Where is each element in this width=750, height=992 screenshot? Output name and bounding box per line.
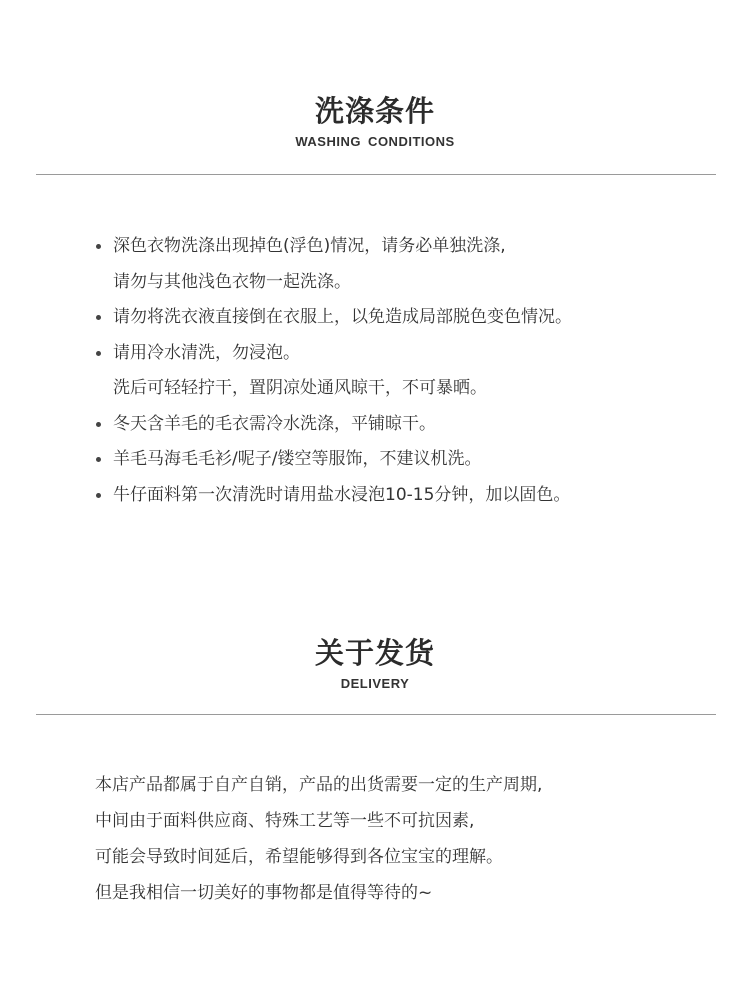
washing-item: 冬天含羊毛的毛衣需冷水洗涤，平铺晾干。 <box>94 407 572 443</box>
washing-item: 请勿将洗衣液直接倒在衣服上，以免造成局部脱色变色情况。 <box>94 300 572 336</box>
washing-divider <box>36 174 716 175</box>
washing-item-line: 牛仔面料第一次清洗时请用盐水浸泡10-15分钟，加以固色。 <box>113 478 572 514</box>
delivery-line: 中间由于面料供应商、特殊工艺等一些不可抗因素, <box>95 803 542 839</box>
washing-item: 深色衣物洗涤出现掉色(浮色)情况，请务必单独洗涤, 请勿与其他浅色衣物一起洗涤。 <box>94 229 572 300</box>
delivery-subtitle: DELIVERY <box>0 676 750 692</box>
washing-item: 牛仔面料第一次清洗时请用盐水浸泡10-15分钟，加以固色。 <box>94 478 572 514</box>
delivery-line: 可能会导致时间延后，希望能够得到各位宝宝的理解。 <box>95 839 542 875</box>
bullet-icon <box>96 315 101 320</box>
bullet-icon <box>96 457 101 462</box>
washing-item-line: 洗后可轻轻拧干，置阴凉处通风晾干，不可暴晒。 <box>113 371 572 407</box>
bullet-icon <box>96 244 101 249</box>
delivery-divider <box>36 714 716 715</box>
washing-title: 洗涤条件 <box>0 94 750 128</box>
washing-section-header: 洗涤条件 WASHING CONDITIONS <box>0 94 750 150</box>
washing-item: 羊毛马海毛毛衫/呢子/镂空等服饰，不建议机洗。 <box>94 442 572 478</box>
delivery-line: 但是我相信一切美好的事物都是值得等待的~ <box>95 875 542 911</box>
washing-item: 请用冷水清洗，勿浸泡。 洗后可轻轻拧干，置阴凉处通风晾干，不可暴晒。 <box>94 336 572 407</box>
bullet-icon <box>96 422 101 427</box>
washing-item-line: 请勿与其他浅色衣物一起洗涤。 <box>113 265 572 301</box>
washing-item-line: 请用冷水清洗，勿浸泡。 <box>113 336 572 372</box>
bullet-icon <box>96 351 101 356</box>
washing-item-line: 深色衣物洗涤出现掉色(浮色)情况，请务必单独洗涤, <box>113 229 572 265</box>
washing-item-line: 请勿将洗衣液直接倒在衣服上，以免造成局部脱色变色情况。 <box>113 300 572 336</box>
delivery-section-header: 关于发货 DELIVERY <box>0 636 750 692</box>
washing-item-line: 羊毛马海毛毛衫/呢子/镂空等服饰，不建议机洗。 <box>113 442 572 478</box>
delivery-paragraph: 本店产品都属于自产自销，产品的出货需要一定的生产周期, 中间由于面料供应商、特殊… <box>95 767 542 911</box>
washing-instructions-list: 深色衣物洗涤出现掉色(浮色)情况，请务必单独洗涤, 请勿与其他浅色衣物一起洗涤。… <box>94 229 572 513</box>
washing-subtitle: WASHING CONDITIONS <box>0 134 750 150</box>
washing-item-line: 冬天含羊毛的毛衣需冷水洗涤，平铺晾干。 <box>113 407 572 443</box>
delivery-title: 关于发货 <box>0 636 750 670</box>
bullet-icon <box>96 493 101 498</box>
delivery-line: 本店产品都属于自产自销，产品的出货需要一定的生产周期, <box>95 767 542 803</box>
